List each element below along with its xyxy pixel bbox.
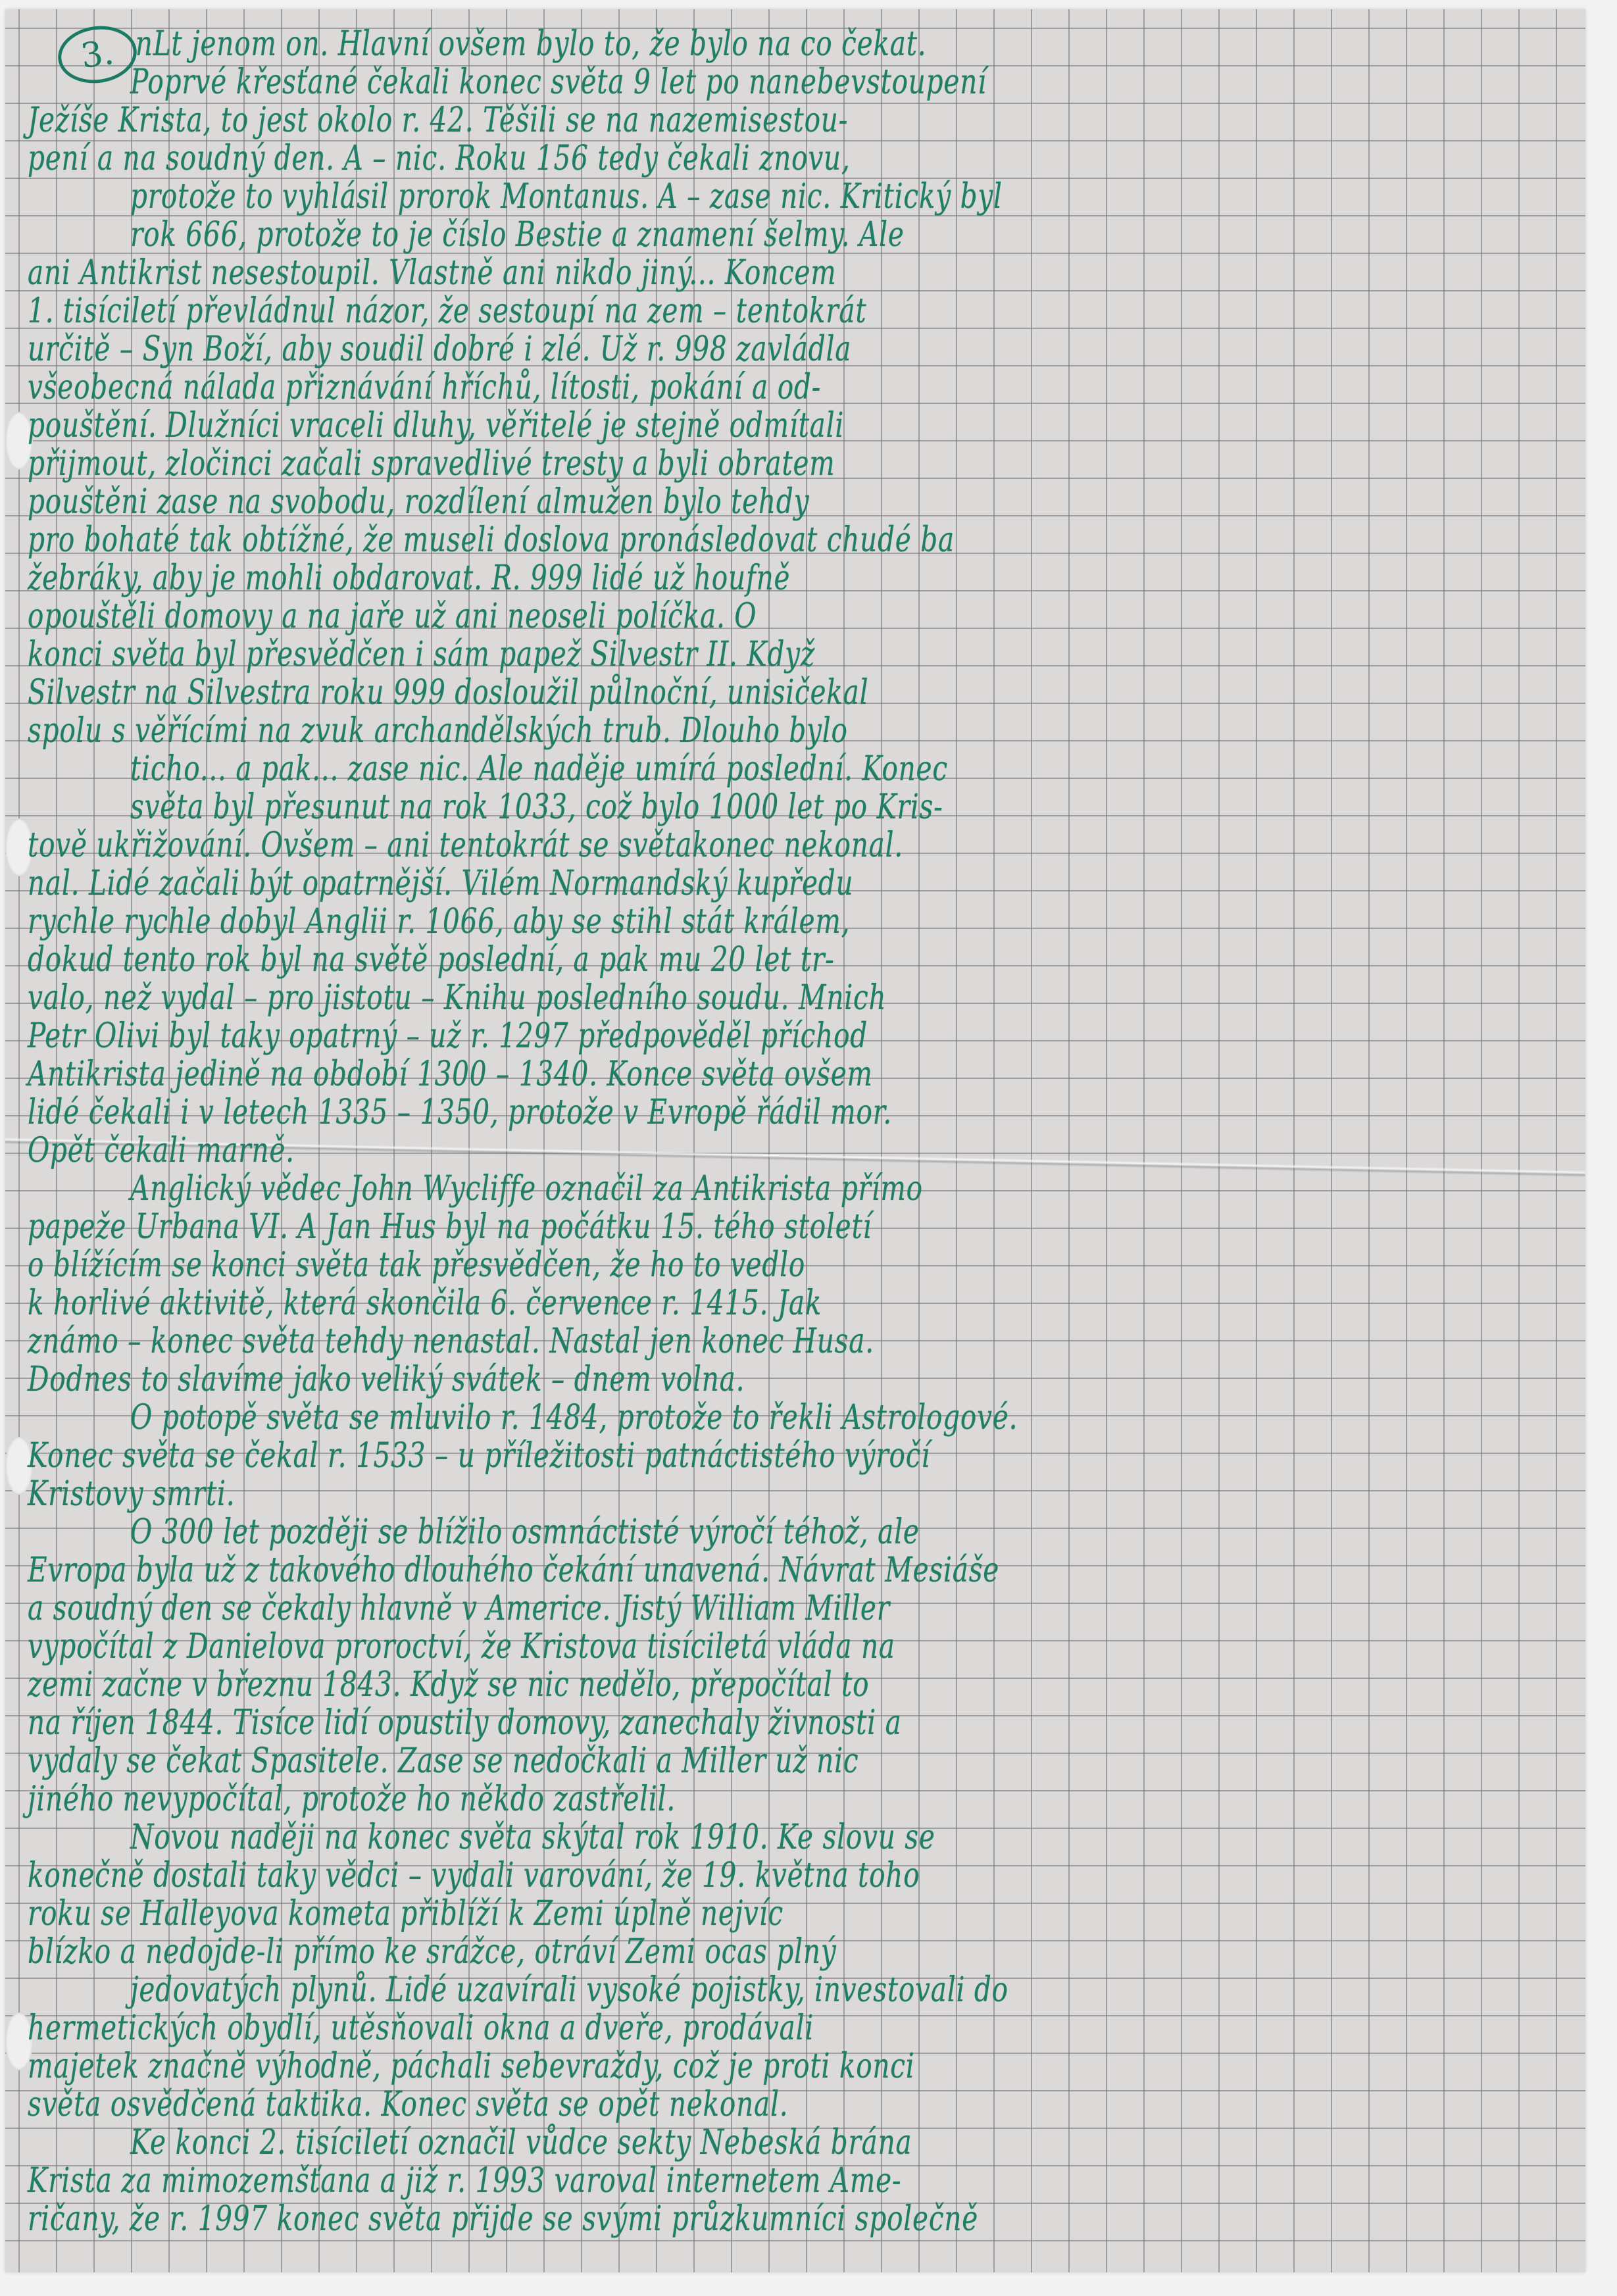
handwritten-line: pouštěni zase na svobodu, rozdílení almu…	[28, 483, 1244, 521]
handwritten-line: Evropa byla už z takového dlouhého čekán…	[28, 1551, 1244, 1589]
handwritten-line: rychle rychle dobyl Anglii r. 1066, aby …	[28, 903, 1244, 941]
handwritten-line: na říjen 1844. Tisíce lidí opustily domo…	[28, 1704, 1244, 1742]
handwritten-line: blízko a nedojde-li přímo ke srážce, otr…	[28, 1933, 1244, 1971]
handwritten-line: o blížícím se konci světa tak přesvědčen…	[28, 1246, 1244, 1284]
handwritten-line: hermetických obydlí, utěsňovali okna a d…	[28, 2009, 1244, 2047]
handwritten-line: konci světa byl přesvědčen i sám papež S…	[28, 636, 1244, 674]
handwritten-line: určitě – Syn Boží, aby soudil dobré i zl…	[28, 330, 1244, 368]
handwritten-line: tově ukřižování. Ovšem – ani tentokrát s…	[28, 826, 1244, 864]
handwritten-line: vydaly se čekat Spasitele. Zase se nedoč…	[28, 1742, 1244, 1780]
handwritten-text-body: nLt jenom on. Hlavní ovšem bylo to, že b…	[28, 25, 1587, 2238]
handwritten-line: žebráky, aby je mohli obdarovat. R. 999 …	[28, 559, 1244, 597]
handwritten-line: Anglický vědec John Wycliffe označil za …	[28, 1170, 1244, 1208]
handwritten-line: lidé čekali i v letech 1335 – 1350, prot…	[28, 1093, 1244, 1132]
handwritten-line: Konec světa se čekal r. 1533 – u příleži…	[28, 1437, 1244, 1475]
handwritten-line: Krista za mimozemšťana a již r. 1993 var…	[28, 2162, 1244, 2200]
handwritten-line: známo – konec světa tehdy nenastal. Nast…	[28, 1322, 1244, 1360]
handwritten-line: nal. Lidé začali být opatrnější. Vilém N…	[28, 864, 1244, 903]
handwritten-line: a soudný den se čekaly hlavně v Americe.…	[28, 1589, 1244, 1628]
handwritten-line: Petr Olivi byl taky opatrný – už r. 1297…	[28, 1017, 1244, 1055]
handwritten-line: jedovatých plynů. Lidé uzavírali vysoké …	[28, 1971, 1244, 2009]
handwritten-line: světa byl přesunut na rok 1033, což bylo…	[28, 788, 1244, 826]
handwritten-line: světa osvědčená taktika. Konec světa se …	[28, 2085, 1244, 2124]
handwritten-line: O potopě světa se mluvilo r. 1484, proto…	[28, 1399, 1244, 1437]
handwritten-line: Novou naději na konec světa skýtal rok 1…	[28, 1818, 1244, 1857]
handwritten-line: konečně dostali taky vědci – vydali varo…	[28, 1857, 1244, 1895]
handwritten-line: opouštěli domovy a na jaře už ani neosel…	[28, 597, 1244, 636]
handwritten-line: Ježíše Krista, to jest okolo r. 42. Těši…	[28, 101, 1244, 139]
handwritten-line: Dodnes to slavíme jako veliký svátek – d…	[28, 1360, 1244, 1399]
handwritten-line: rok 666, protože to je číslo Bestie a zn…	[28, 216, 1244, 254]
handwritten-line: spolu s věřícími na zvuk archandělských …	[28, 712, 1244, 750]
handwritten-line: majetek značně výhodně, páchali sebevraž…	[28, 2047, 1244, 2085]
handwritten-line: valo, než vydal – pro jistotu – Knihu po…	[28, 979, 1244, 1017]
handwritten-line: přijmout, zločinci začali spravedlivé tr…	[28, 445, 1244, 483]
handwritten-line: nLt jenom on. Hlavní ovšem bylo to, že b…	[28, 25, 1244, 63]
handwritten-line: ani Antikrist nesestoupil. Vlastně ani n…	[28, 254, 1244, 292]
handwritten-line: papeže Urbana VI. A Jan Hus byl na počát…	[28, 1208, 1244, 1246]
handwritten-line: Poprvé křesťané čekali konec světa 9 let…	[28, 63, 1244, 101]
handwritten-line: všeobecná nálada přiznávání hříchů, líto…	[28, 368, 1244, 407]
handwritten-line: jiného nevypočítal, protože ho někdo zas…	[28, 1780, 1244, 1818]
handwritten-line: roku se Halleyova kometa přiblíží k Zemi…	[28, 1895, 1244, 1933]
handwritten-line: k horlivé aktivitě, která skončila 6. če…	[28, 1284, 1244, 1322]
handwritten-line: pouštění. Dlužníci vraceli dluhy, věřite…	[28, 407, 1244, 445]
handwritten-line: protože to vyhlásil prorok Montanus. A –…	[28, 178, 1244, 216]
handwritten-line: pro bohaté tak obtížné, že museli doslov…	[28, 521, 1244, 559]
handwritten-line: ticho... a pak... zase nic. Ale naděje u…	[28, 750, 1244, 788]
handwritten-line: 1. tisíciletí převládnul názor, že sesto…	[28, 292, 1244, 330]
handwritten-line: pení a na soudný den. A – nic. Roku 156 …	[28, 139, 1244, 178]
handwritten-line: Silvestr na Silvestra roku 999 dosloužil…	[28, 674, 1244, 712]
handwritten-line: Ke konci 2. tisíciletí označil vůdce sek…	[28, 2124, 1244, 2162]
handwritten-line: vypočítal z Danielova proroctví, že Kris…	[28, 1628, 1244, 1666]
handwritten-line: Kristovy smrti.	[28, 1475, 1244, 1513]
handwritten-line: zemi začne v březnu 1843. Když se nic ne…	[28, 1666, 1244, 1704]
handwritten-line: O 300 let později se blížilo osmnáctisté…	[28, 1513, 1244, 1551]
handwritten-line: ričany, že r. 1997 konec světa přijde se…	[28, 2200, 1244, 2238]
grid-paper-sheet: 3. nLt jenom on. Hlavní ovšem bylo to, ž…	[5, 9, 1585, 2272]
handwritten-line: dokud tento rok byl na světě poslední, a…	[28, 941, 1244, 979]
handwritten-line: Antikrista jedině na období 1300 – 1340.…	[28, 1055, 1244, 1093]
handwritten-line: Opět čekali marně.	[28, 1132, 1244, 1170]
